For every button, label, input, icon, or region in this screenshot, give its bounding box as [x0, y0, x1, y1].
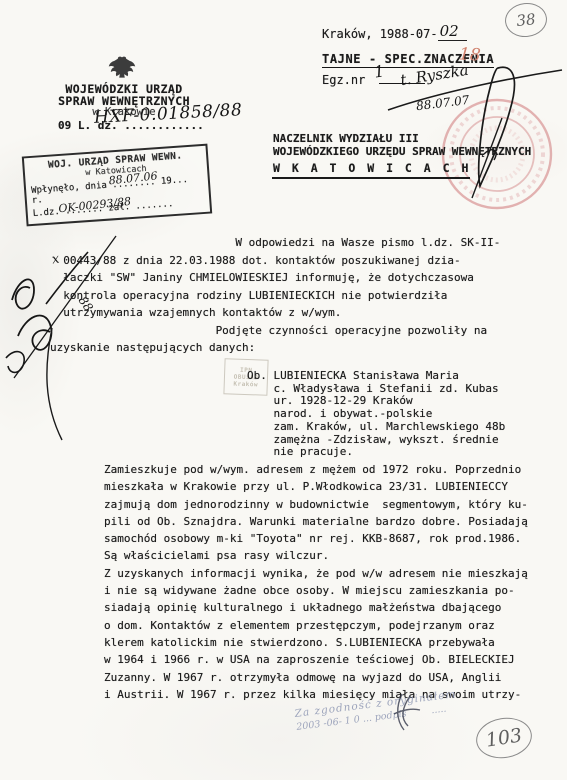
dateline-handwritten-day: 02: [438, 22, 467, 41]
recipient-line3: W K A T O W I C A C H: [273, 161, 471, 175]
body-paragraph-2: Zamieszkuje pod w/wym. adresem z mężem o…: [104, 461, 528, 703]
dateline: Kraków, 1988-07-02: [322, 24, 467, 42]
certification-signature-squiggle: [388, 692, 422, 732]
receipt-received-label: Wpłynęło, dnia: [31, 181, 107, 196]
recipient-line1: NACZELNIK WYDZIAŁU III: [273, 132, 419, 145]
eagle-emblem-icon: [108, 56, 136, 79]
dateline-typed: Kraków, 1988-07-: [322, 27, 438, 41]
page-number-circle: 103: [473, 714, 535, 762]
subject-data-block: Ob. LUBIENIECKA Stanisława Maria c. Wład…: [247, 370, 505, 459]
recipient-line2: WOJEWÓDZKIEGO URZĘDU SPRAW WEWNĘTRZNYCH: [273, 145, 531, 158]
body-paragraph-1: W odpowiedzi na Wasze pismo l.dz. SK-II-…: [50, 234, 500, 357]
certification-dots: .....: [431, 704, 447, 717]
corner-number: 38: [516, 10, 537, 30]
copy-label: Egz.nr: [322, 73, 365, 87]
recipient-underline: [272, 177, 470, 179]
page-number: 103: [484, 724, 523, 751]
page-corner-number-circle: 38: [503, 1, 548, 39]
scanned-document-page: 38 Kraków, 1988-07-02 TAJNE - SPEC.ZNACZ…: [0, 0, 567, 780]
